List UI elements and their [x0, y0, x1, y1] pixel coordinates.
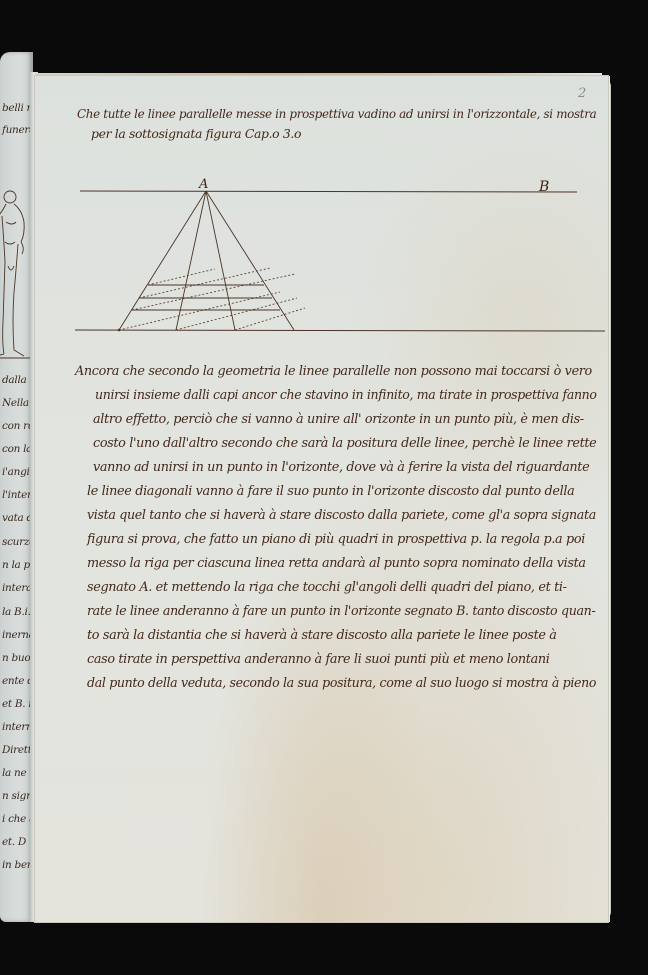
body-line: messo la riga per ciascuna linea retta a… — [87, 556, 586, 571]
body-line: segnato A. et mettendo la riga che tocch… — [87, 580, 567, 595]
facing-text-fragment: et B. i — [2, 698, 31, 710]
body-line: vanno ad unirsi in un punto in l'orizont… — [93, 460, 589, 475]
facing-text-fragment: con rolo — [2, 420, 33, 432]
perspective-diagram: A B — [35, 172, 608, 342]
body-line: costo l'uno dall'altro secondo che sarà … — [93, 436, 596, 451]
facing-text-fragment: funerali — [2, 124, 33, 136]
facing-text-fragment: n la p. — [2, 559, 33, 571]
facing-text-fragment: Dirette — [2, 744, 33, 756]
distance-point-label: B — [538, 179, 549, 195]
facing-text-fragment: l'intern — [2, 489, 33, 501]
facing-text-fragment: in bene — [2, 859, 33, 871]
facing-text-fragment: scurze — [2, 536, 33, 548]
folio-number: 2 — [578, 86, 586, 101]
body-line: Ancora che secondo la geometria le linee… — [75, 364, 592, 379]
body-line: caso tirate in perspettiva anderanno à f… — [87, 652, 549, 667]
body-line: figura si prova, che fatto un piano di p… — [87, 532, 585, 547]
facing-text-fragment: belli ra- — [2, 102, 33, 114]
body-line: to sarà la distantia che si haverà à sta… — [87, 628, 557, 643]
ground-line — [75, 330, 605, 331]
facing-page: belli ra- funerali dalla Nella pa con ro… — [0, 52, 33, 922]
manuscript-page: 2 Che tutte le linee parallelle messe in… — [35, 76, 608, 922]
body-line: le linee diagonali vanno à fare il suo p… — [87, 484, 574, 499]
body-line: dal punto della veduta, secondo la sua p… — [87, 676, 596, 691]
facing-text-fragment: ente de — [2, 675, 33, 687]
vanishing-point-label: A — [198, 177, 208, 192]
facing-text-fragment: inerna — [2, 629, 33, 641]
body-line: vista quel tanto che si haverà à stare d… — [87, 508, 596, 523]
facing-text-fragment: n signa — [2, 790, 33, 802]
body-line: rate le linee anderanno à fare un punto … — [87, 604, 595, 619]
facing-text-fragment: n buona — [2, 652, 33, 664]
heading-line: per la sottosignata figura Cap.o 3.o — [91, 126, 301, 141]
scan-stage: belli ra- funerali dalla Nella pa con ro… — [0, 0, 648, 975]
facing-text-fragment: la ne — [2, 767, 26, 779]
facing-text-fragment: vata da — [2, 512, 33, 524]
horizon-line — [80, 191, 577, 192]
heading-line: Che tutte le linee parallelle messe in p… — [77, 106, 596, 121]
facing-text-fragment: intera — [2, 582, 32, 594]
facing-text-fragment: i'angio — [2, 466, 33, 478]
standing-figure-sketch-icon — [0, 182, 33, 362]
facing-text-fragment: i che a — [2, 813, 33, 825]
facing-text-fragment: con lali — [2, 443, 33, 455]
facing-text-fragment: la B.i.C — [2, 606, 33, 618]
facing-text-fragment: interno — [2, 721, 33, 733]
facing-text-fragment: Nella pa — [2, 397, 33, 409]
body-line: altro effetto, perciò che si vanno à uni… — [93, 412, 584, 427]
body-line: unirsi insieme dalli capi ancor che stav… — [95, 388, 597, 403]
facing-text-fragment: dalla — [2, 374, 26, 386]
facing-text-fragment: et. D — [2, 836, 26, 848]
